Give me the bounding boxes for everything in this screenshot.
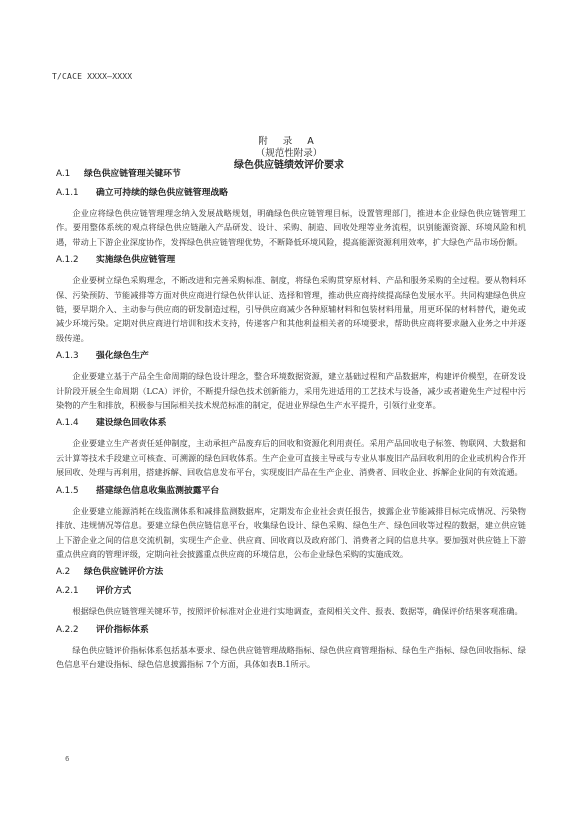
section-heading: A.1绿色供应链管理关键环节 bbox=[56, 169, 526, 180]
section-number: A.1 bbox=[56, 169, 84, 180]
subsection-heading: A.2.2评价指标体系 bbox=[56, 625, 526, 636]
subsection-number: A.1.3 bbox=[56, 351, 96, 362]
paragraph: 企业要树立绿色采购理念，不断改进和完善采购标准、制度，将绿色采购贯穿原材料、产品… bbox=[56, 273, 526, 345]
subsection-number: A.2.1 bbox=[56, 586, 96, 597]
section-number: A.2 bbox=[56, 567, 84, 578]
subsection-number: A.1.5 bbox=[56, 486, 96, 497]
subsection-number: A.1.4 bbox=[56, 418, 96, 429]
subsection-title: 建设绿色回收体系 bbox=[96, 418, 166, 428]
subsection-title: 评价方式 bbox=[96, 586, 131, 596]
paragraph: 企业要建立生产者责任延伸制度，主动承担产品废弃后的回收和资源化利用责任。采用产品… bbox=[56, 436, 526, 479]
subsection-heading: A.1.5搭建绿色信息收集监测披露平台 bbox=[56, 486, 526, 497]
paragraph: 绿色供应链评价指标体系包括基本要求、绿色供应链管理战略指标、绿色供应商管理指标、… bbox=[56, 643, 526, 672]
section-title: 绿色供应链评价方法 bbox=[84, 567, 163, 577]
subsection-title: 搭建绿色信息收集监测披露平台 bbox=[96, 486, 219, 496]
paragraph: 根据绿色供应链管理关键环节，按照评价标准对企业进行实地调查，查阅相关文件、报表、… bbox=[56, 604, 526, 618]
subsection-heading: A.1.3强化绿色生产 bbox=[56, 351, 526, 362]
subsection-heading: A.1.1确立可持续的绿色供应链管理战略 bbox=[56, 188, 526, 199]
subsection-title: 评价指标体系 bbox=[96, 625, 149, 635]
subsection-number: A.2.2 bbox=[56, 625, 96, 636]
subsection-heading: A.1.4建设绿色回收体系 bbox=[56, 418, 526, 429]
paragraph: 企业要建立能源消耗在线监测体系和减排监测数据库，定期发布企业社会责任报告，披露企… bbox=[56, 504, 526, 562]
subsection-title: 强化绿色生产 bbox=[96, 351, 149, 361]
document-code: T/CACE XXXX—XXXX bbox=[52, 72, 132, 81]
annex-title-block: 附 录 A （规范性附录） 绿色供应链绩效评价要求 bbox=[0, 136, 578, 172]
subsection-number: A.1.1 bbox=[56, 188, 96, 199]
annex-type: （规范性附录） bbox=[0, 148, 578, 160]
section-heading: A.2绿色供应链评价方法 bbox=[56, 567, 526, 578]
annex-label: 附 录 A bbox=[0, 136, 578, 148]
page-number: 6 bbox=[65, 755, 69, 763]
subsection-heading: A.2.1评价方式 bbox=[56, 586, 526, 597]
section-title: 绿色供应链管理关键环节 bbox=[84, 169, 181, 179]
subsection-heading: A.1.2实施绿色供应链管理 bbox=[56, 255, 526, 266]
paragraph: 企业应将绿色供应链管理理念纳入发展战略规划，明确绿色供应链管理目标，设置管理部门… bbox=[56, 206, 526, 249]
subsection-title: 确立可持续的绿色供应链管理战略 bbox=[96, 188, 228, 198]
subsection-title: 实施绿色供应链管理 bbox=[96, 255, 175, 265]
paragraph: 企业要建立基于产品全生命周期的绿色设计理念，整合环境数据资源，建立基础过程和产品… bbox=[56, 369, 526, 412]
subsection-number: A.1.2 bbox=[56, 255, 96, 266]
document-body: A.1绿色供应链管理关键环节 A.1.1确立可持续的绿色供应链管理战略 企业应将… bbox=[56, 169, 526, 678]
